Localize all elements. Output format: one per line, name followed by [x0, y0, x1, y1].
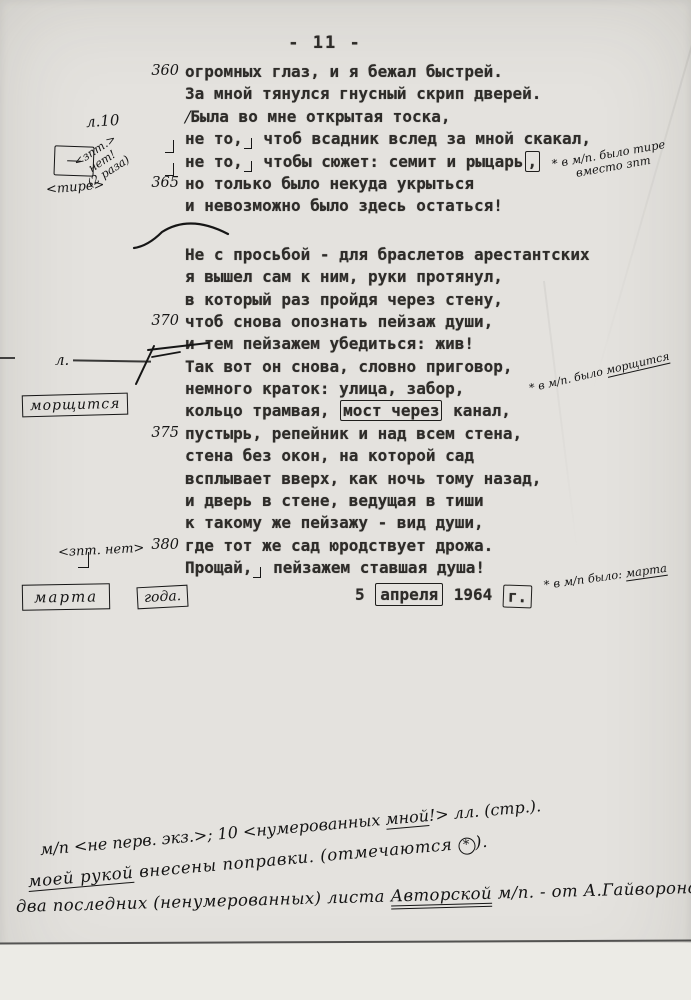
poem-text: Прощай,: [185, 558, 252, 577]
comma-deletion-mark: [244, 138, 252, 149]
line-number: 380: [143, 537, 179, 553]
poem-line: в который раз пройдя через стену,: [185, 290, 591, 312]
corner-bracket-mark: [165, 163, 174, 176]
poem-line: не то, чтоб всадник вслед за мной скакал…: [185, 129, 591, 151]
poem-text: к такому же пейзажу - вид души,: [185, 513, 484, 532]
goda-box-note: года.: [136, 585, 188, 610]
paragraph-mark: [122, 340, 214, 386]
edge-dash-mark: [0, 357, 15, 359]
was-morshitsya-word: морщится: [605, 350, 671, 378]
archival-note-3-tail: м/п. - от А.Гайворонского.: [492, 877, 691, 903]
poem-text: в который раз пройдя через стену,: [185, 290, 503, 309]
poem-text: канал,: [443, 401, 510, 420]
page-number: - 11 -: [0, 33, 650, 53]
poem-text: пейзажем ставшая душа!: [263, 558, 485, 577]
poem-text: За мной тянулся гнусный скрип дверей.: [185, 84, 541, 103]
poem-line: Так вот он снова, словно приговор,: [185, 357, 591, 379]
archival-note-2-tail: ).: [474, 832, 488, 852]
poem-text: но только было некуда укрыться: [185, 174, 474, 193]
poem-text: чтобы сюжет: семит и рыцарь: [254, 152, 524, 171]
boxed-text: мост через: [340, 400, 442, 421]
date-month-boxed: апреля: [375, 583, 443, 606]
date-year: 1964: [454, 585, 493, 604]
poem-line: 380где тот же сад юродствует дрожа.: [185, 536, 591, 558]
archival-note-3-double-underlined: Авторской: [390, 884, 492, 910]
poem-line: 370чтоб снова опознать пейзаж души,: [185, 312, 591, 334]
flourish-mark: [128, 218, 238, 252]
poem: 360огромных глаз, и я бежал быстрей.За м…: [185, 62, 591, 581]
poem-line: 375пустырь, репейник и над всем стена,: [185, 424, 591, 446]
date-day: 5: [355, 585, 365, 604]
paper-crease: [589, 0, 691, 402]
archival-note-3-text: два последних (ненумерованных) листа: [16, 887, 391, 916]
line-number: 375: [143, 425, 179, 441]
poem-text: немного краток: улица, забор,: [185, 379, 464, 398]
archival-note-1-tail: !> лл. (стр.).: [428, 796, 542, 825]
poem-line: Прощай, пейзажем ставшая душа!: [185, 558, 591, 580]
poem-text: не то,: [185, 152, 243, 171]
line-number: 370: [143, 313, 179, 329]
was-marta-word: марта: [625, 561, 668, 582]
archival-note-2-underlined: моей рукой: [27, 863, 134, 892]
poem-line: кольцо трамвая, мост через канал,: [185, 401, 591, 423]
manuscript-page: - 11 - 360огромных глаз, и я бежал быстр…: [0, 0, 691, 1000]
poem-line: Не с просьбой - для браслетов арестантск…: [185, 245, 591, 267]
scan-bottom-strip: [0, 943, 691, 1000]
date-g-boxed: г.: [502, 584, 532, 608]
poem-line: всплывает вверх, как ночь тому назад,: [185, 469, 591, 491]
poem-text: Не с просьбой - для браслетов арестантск…: [185, 245, 590, 264]
poem-text: чтоб всадник вслед за мной скакал,: [254, 129, 591, 148]
poem-text: не то,: [185, 129, 243, 148]
morshitsya-box-note: морщится: [22, 393, 129, 418]
asterisk-mark: *: [543, 577, 551, 592]
circled-asterisk-icon: *: [458, 837, 476, 855]
poem-text: и дверь в стене, ведущая в тиши: [185, 491, 484, 510]
boxed-text: ,: [525, 151, 541, 172]
line-number: 365: [143, 175, 179, 191]
archival-note-1-underlined: мной: [384, 806, 429, 830]
poem-line: к такому же пейзажу - вид души,: [185, 513, 591, 535]
poem-line: и невозможно было здесь остаться!: [185, 196, 591, 218]
poem-text: кольцо трамвая,: [185, 401, 339, 420]
poem-line: 360огромных глаз, и я бежал быстрей.: [185, 62, 591, 84]
poem-line: стена без окон, на которой сад: [185, 446, 591, 468]
asterisk-mark: *: [551, 156, 559, 171]
no-comma-note-2: <зпт. нет>: [58, 541, 145, 561]
poem-line: 365но только было некуда укрыться: [185, 174, 591, 196]
poem-text: пустырь, репейник и над всем стена,: [185, 424, 522, 443]
corner-bracket-mark: [78, 552, 89, 568]
poem-text: и невозможно было здесь остаться!: [185, 196, 503, 215]
poem-text: Была во мне открытая тоска,: [190, 107, 450, 126]
marta-box-note: марта: [22, 583, 111, 611]
line-number: 360: [143, 63, 179, 79]
poem-line: За мной тянулся гнусный скрип дверей.: [185, 84, 591, 106]
poem-text: всплывает вверх, как ночь тому назад,: [185, 469, 541, 488]
poem-text: Так вот он снова, словно приговор,: [185, 357, 513, 376]
date-line: 5 апреля 1964 г.: [355, 583, 533, 606]
poem-line: не то, чтобы сюжет: семит и рыцарь,: [185, 152, 591, 174]
poem-text: стена без окон, на которой сад: [185, 446, 474, 465]
poem-line: и дверь в стене, ведущая в тиши: [185, 491, 591, 513]
sheet-number-note: л.10: [85, 111, 120, 131]
sheet-blank-label: л.: [55, 351, 69, 369]
poem-text: огромных глаз, и я бежал быстрей.: [185, 62, 503, 81]
poem-text: я вышел сам к ним, руки протянул,: [185, 267, 503, 286]
comma-deletion-mark: [253, 567, 261, 578]
comma-deletion-mark: [244, 161, 252, 172]
poem-line: и тем пейзажем убедиться: жив!: [185, 334, 591, 356]
poem-line: /Была во мне открытая тоска,: [185, 107, 591, 129]
poem-text: и тем пейзажем убедиться: жив!: [185, 334, 474, 353]
corner-bracket-mark: [165, 140, 174, 153]
poem-text: чтоб снова опознать пейзаж души,: [185, 312, 493, 331]
poem-text: где тот же сад юродствует дрожа.: [185, 536, 493, 555]
poem-line: я вышел сам к ним, руки протянул,: [185, 267, 591, 289]
